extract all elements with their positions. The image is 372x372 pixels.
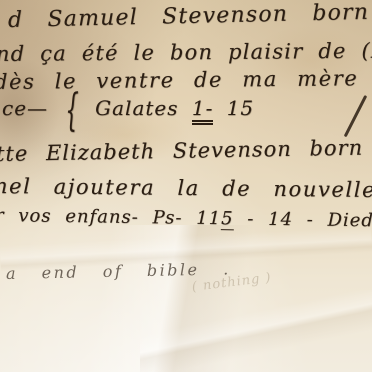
brace-mark: {: [65, 85, 79, 135]
paper-crease: [0, 225, 372, 372]
scripture-book: Galates: [95, 96, 178, 120]
line-7-text: - 14 - Died d: [233, 208, 372, 231]
line-7-underlined-digit: 5: [221, 208, 234, 230]
handwritten-line-6: nel ajoutera la de nouvelles: [0, 174, 372, 202]
scripture-chapter: 1-: [192, 96, 213, 125]
handwritten-line-5: tte Elizabeth Stevenson born the: [0, 135, 372, 166]
handwritten-line-1: d Samuel Stevenson born the: [8, 0, 372, 33]
handwritten-line-4-scripture-reference: ce— { Galates 1- 15: [2, 96, 254, 120]
scripture-verse: 15: [227, 96, 254, 120]
line-7-text: r vos enfans- Ps- 11: [0, 205, 221, 229]
line-4-word-fragment: ce—: [2, 96, 48, 120]
handwritten-line-7-psalm-reference: r vos enfans- Ps- 115 - 14 - Died d: [0, 205, 372, 232]
handwritten-line-2: nd ça été le bon plaisir de (D: [0, 39, 372, 66]
stray-ink-stroke: [344, 95, 367, 137]
handwritten-line-3: dès le ventre de ma mère , et: [0, 65, 372, 94]
paper-crease: [140, 290, 372, 372]
photo-handwritten-bible-page: d Samuel Stevenson born the nd ça été le…: [0, 0, 372, 372]
